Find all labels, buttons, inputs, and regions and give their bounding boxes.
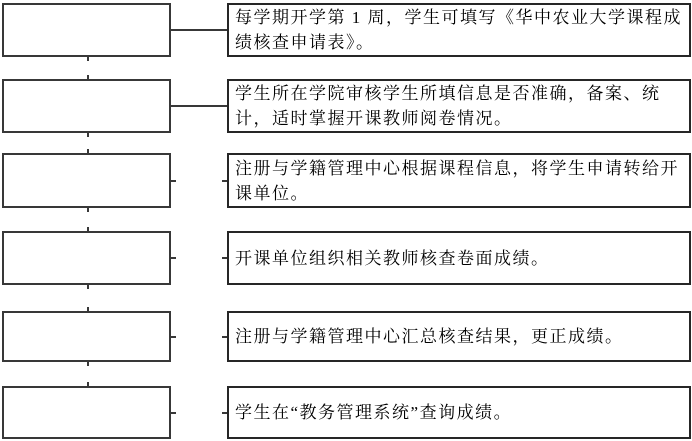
step-description: 学生在“教务管理系统”查询成绩。	[229, 399, 516, 426]
step-box	[2, 386, 171, 439]
flow-row: 注册与学籍管理中心根据课程信息，将学生申请转给开课单位。	[0, 153, 692, 208]
flow-row: 每学期开学第 1 周，学生可填写《华中农业大学课程成绩核查申请表》。	[0, 3, 692, 57]
step-box	[2, 231, 171, 285]
connector-line	[171, 412, 227, 414]
connector-line	[171, 105, 227, 107]
step-description-box: 学生所在学院审核学生所填信息是否准确，备案、统计，适时掌握开课教师阅卷情况。	[227, 79, 691, 133]
flow-row: 注册与学籍管理中心汇总核查结果，更正成绩。	[0, 311, 692, 362]
connector-line	[171, 257, 227, 259]
step-description-box: 开课单位组织相关教师核查卷面成绩。	[227, 231, 691, 285]
flowchart: 每学期开学第 1 周，学生可填写《华中农业大学课程成绩核查申请表》。 学生所在学…	[0, 0, 692, 441]
step-box	[2, 79, 171, 133]
step-description: 注册与学籍管理中心汇总核查结果，更正成绩。	[229, 323, 628, 350]
step-description-box: 注册与学籍管理中心汇总核查结果，更正成绩。	[227, 311, 691, 362]
step-description: 学生所在学院审核学生所填信息是否准确，备案、统计，适时掌握开课教师阅卷情况。	[229, 80, 689, 132]
connector-line	[171, 29, 227, 31]
connector-line	[171, 336, 227, 338]
connector-line	[171, 180, 227, 182]
step-description: 开课单位组织相关教师核查卷面成绩。	[229, 245, 554, 272]
flow-row: 开课单位组织相关教师核查卷面成绩。	[0, 231, 692, 285]
step-box	[2, 311, 171, 362]
flow-row: 学生在“教务管理系统”查询成绩。	[0, 386, 692, 439]
step-description-box: 学生在“教务管理系统”查询成绩。	[227, 386, 691, 439]
flow-row: 学生所在学院审核学生所填信息是否准确，备案、统计，适时掌握开课教师阅卷情况。	[0, 79, 692, 133]
step-box	[2, 153, 171, 208]
step-description-box: 每学期开学第 1 周，学生可填写《华中农业大学课程成绩核查申请表》。	[227, 3, 691, 57]
step-description-box: 注册与学籍管理中心根据课程信息，将学生申请转给开课单位。	[227, 153, 691, 208]
step-description: 注册与学籍管理中心根据课程信息，将学生申请转给开课单位。	[229, 155, 689, 207]
step-description: 每学期开学第 1 周，学生可填写《华中农业大学课程成绩核查申请表》。	[229, 4, 689, 56]
step-box	[2, 3, 171, 57]
